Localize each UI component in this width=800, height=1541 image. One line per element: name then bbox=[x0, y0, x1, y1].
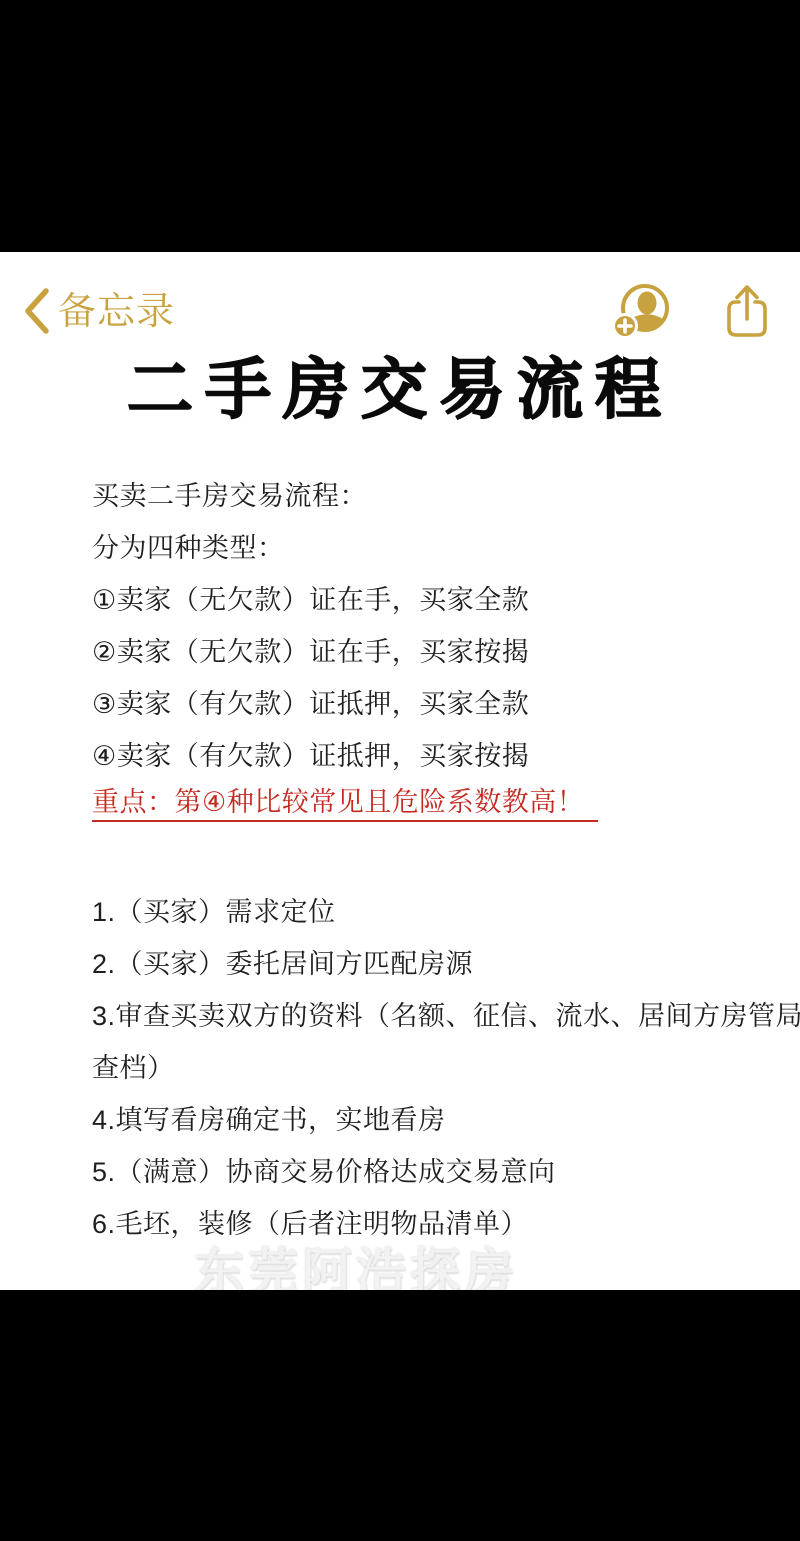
note-line: ①卖家（无欠款）证在手，买家全款 bbox=[92, 571, 770, 623]
phone-screen: 备忘录 bbox=[0, 0, 800, 1541]
nav-bar: 备忘录 bbox=[22, 278, 772, 344]
letterbox-bottom bbox=[0, 1290, 800, 1541]
chevron-left-icon bbox=[22, 287, 50, 335]
note-step: 4.填写看房确定书，实地看房 bbox=[92, 1091, 770, 1143]
note-line: ④卖家（有欠款）证抵押，买家按揭 bbox=[92, 727, 770, 779]
back-button[interactable]: 备忘录 bbox=[22, 287, 175, 335]
add-person-icon[interactable] bbox=[612, 281, 672, 341]
notes-app-page: 备忘录 bbox=[0, 252, 800, 1290]
highlight-text: 重点：第④种比较常见且危险系数教高！ bbox=[92, 789, 598, 822]
note-line: ②卖家（无欠款）证在手，买家按揭 bbox=[92, 623, 770, 675]
back-button-label: 备忘录 bbox=[58, 291, 175, 331]
note-line: 买卖二手房交易流程： bbox=[92, 467, 770, 519]
note-body: 买卖二手房交易流程： 分为四种类型： ①卖家（无欠款）证在手，买家全款 ②卖家（… bbox=[92, 467, 770, 1247]
note-step: 2.（买家）委托居间方匹配房源 bbox=[92, 935, 770, 987]
note-step: 查档） bbox=[92, 1039, 770, 1091]
share-icon[interactable] bbox=[722, 282, 772, 340]
note-step: 6.毛坯，装修（后者注明物品清单） bbox=[92, 1195, 770, 1247]
note-step: 3.审查买卖双方的资料（名额、征信、流水、居间方房管局 bbox=[92, 987, 770, 1039]
note-step: 1.（买家）需求定位 bbox=[92, 883, 770, 935]
note-line: ③卖家（有欠款）证抵押，买家全款 bbox=[92, 675, 770, 727]
letterbox-top bbox=[0, 0, 800, 252]
nav-actions bbox=[612, 281, 772, 341]
note-highlight-line: 重点：第④种比较常见且危险系数教高！ bbox=[92, 779, 770, 831]
note-step: 5.（满意）协商交易价格达成交易意向 bbox=[92, 1143, 770, 1195]
note-line: 分为四种类型： bbox=[92, 519, 770, 571]
note-title: 二手房交易流程 bbox=[0, 352, 800, 428]
